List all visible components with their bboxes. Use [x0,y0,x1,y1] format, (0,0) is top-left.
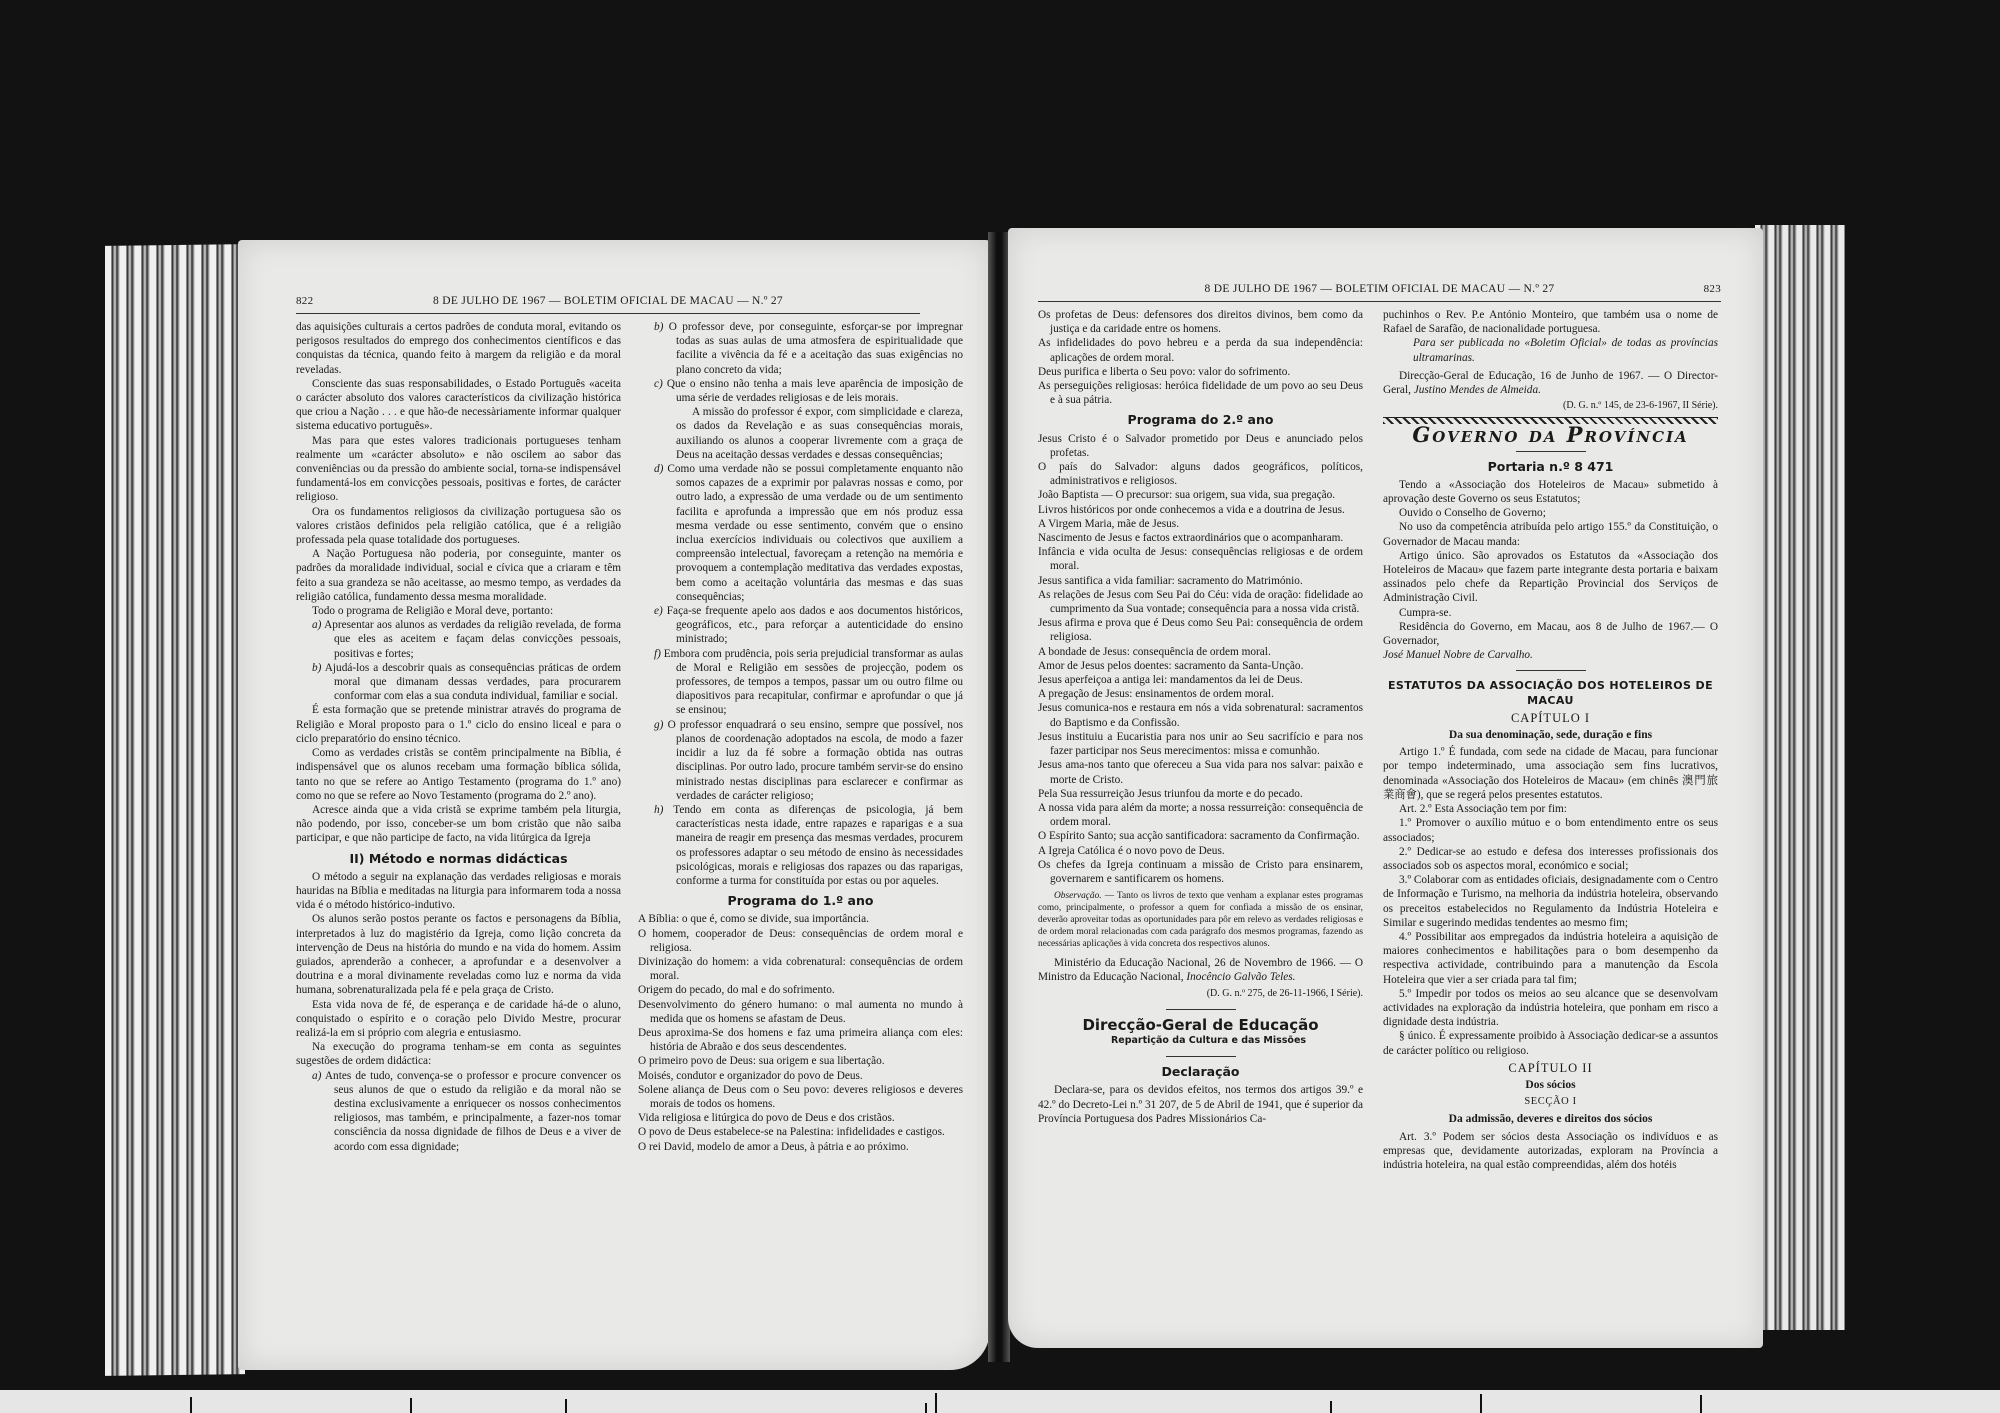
paragraph: Todo o programa de Religião e Moral deve… [296,604,621,618]
paragraph: Ouvido o Conselho de Governo; [1383,506,1718,520]
divider [1166,1056,1236,1057]
article: Artigo 1.º É fundada, com sede na cidade… [1383,745,1718,802]
program-item: Jesus santifica a vida familiar: sacrame… [1038,574,1363,588]
divider [1166,1009,1236,1010]
paragraph: No uso da competência atribuída pelo art… [1383,520,1718,548]
list-item: c) Que o ensino não tenha a mais leve ap… [638,377,963,405]
program-item: A Igreja Católica é o novo povo de Deus. [1038,844,1363,858]
running-head-right: 8 DE JULHO DE 1967 — BOLETIM OFICIAL DE … [1038,283,1721,302]
paragraph: Art. 3.º Podem ser sócios desta Associaç… [1383,1130,1718,1173]
program-item: Os profetas de Deus: defensores dos dire… [1038,308,1363,336]
article: Art. 2.º Esta Associação tem por fim: [1383,802,1718,816]
paragraph: Tendo a «Associação dos Hoteleiros de Ma… [1383,478,1718,506]
program-item: Livros históricos por onde conhecemos a … [1038,503,1363,517]
book-edge-left [105,244,245,1376]
paragraph: Na execução do programa tenham-se em con… [296,1040,621,1068]
divider [1516,670,1586,671]
divider [1516,451,1586,452]
paragraph: Artigo único. São aprovados os Estatutos… [1383,549,1718,606]
program-item: Deus purifica e liberta o Seu povo: valo… [1038,365,1363,379]
paragraph: das aquisições culturais a certos padrõe… [296,320,621,377]
program-item: Deus aproxima-Se dos homens e faz uma pr… [638,1026,963,1054]
scan-artifact [1330,1401,1332,1413]
program-item: Infância e vida oculta de Jesus: consequ… [1038,545,1363,573]
paragraph: Esta vida nova de fé, de esperança e de … [296,998,621,1041]
program-item: Nascimento de Jesus e factos extraordiná… [1038,531,1363,545]
program-item: O homem, cooperador de Deus: consequênci… [638,927,963,955]
program-item: Jesus instituiu a Eucaristia para nos un… [1038,730,1363,758]
program-item: Amor de Jesus pelos doentes: sacramento … [1038,659,1363,673]
program-item: A pregação de Jesus: ensinamentos de ord… [1038,687,1363,701]
chapter-heading: CAPÍTULO II [1383,1061,1718,1075]
program-list: Os profetas de Deus: defensores dos dire… [1038,308,1363,407]
list-item: b) Ajudá-los a descobrir quais as conseq… [296,661,621,704]
right-column-1: Os profetas de Deus: defensores dos dire… [1038,308,1363,1126]
program-item: Pela Sua ressurreição Jesus triunfou da … [1038,787,1363,801]
scan-artifact [1480,1394,1482,1413]
paragraph: A missão do professor é expor, com simpl… [638,405,963,462]
program-item: O Espírito Santo; sua acção santificador… [1038,829,1363,843]
scan-artifact [935,1393,937,1413]
scan-artifact [410,1398,412,1413]
scan-artifact [565,1399,567,1413]
program-item: O primeiro povo de Deus: sua origem e su… [638,1054,963,1068]
book-gutter [988,232,1010,1362]
program-item: A Bíblia: o que é, como se divide, sua i… [638,912,963,926]
paragraph: Mas para que estes valores tradicionais … [296,434,621,505]
right-page: 8 DE JULHO DE 1967 — BOLETIM OFICIAL DE … [1008,228,1763,1348]
program-item: Vida religiosa e litúrgica do povo de De… [638,1111,963,1125]
article: 3.º Colaborar com as entidades oficiais,… [1383,873,1718,930]
portaria-body: Tendo a «Associação dos Hoteleiros de Ma… [1383,478,1718,648]
chapter-title: Da sua denominação, sede, duração e fins [1383,728,1718,742]
program-item: A Virgem Maria, mãe de Jesus. [1038,517,1363,531]
program-list: A Bíblia: o que é, como se divide, sua i… [638,912,963,1153]
paragraph: É esta formação que se pretende ministra… [296,703,621,746]
right-column-2: puchinhos o Rev. P.e António Monteiro, q… [1383,308,1718,1172]
section-heading: Programa do 2.º ano [1038,413,1363,427]
paragraph: A Nação Portuguesa não poderia, por cons… [296,547,621,604]
program-item: Os chefes da Igreja continuam a missão d… [1038,858,1363,886]
list-item: g) O professor enquadrará o seu ensino, … [638,718,963,803]
program-item: Jesus aperfeiçoa a antiga lei: mandament… [1038,673,1363,687]
department-subheading: Repartição da Cultura e das Missões [1038,1034,1363,1048]
section-heading: II) Método e normas didácticas [296,852,621,866]
program-item: Jesus comunica-nos e restaura em nós a v… [1038,701,1363,729]
program-item: Divinização do homem: a vida cobrenatura… [638,955,963,983]
running-title-left: 8 DE JULHO DE 1967 — BOLETIM OFICIAL DE … [296,295,920,307]
signoff: Ministério da Educação Nacional, 26 de N… [1038,956,1363,984]
paragraph: Os alunos serão postos perante os factos… [296,912,621,997]
paragraph: O método a seguir na explanação das verd… [296,870,621,913]
running-head-left: 822 8 DE JULHO DE 1967 — BOLETIM OFICIAL… [296,295,920,314]
portaria-heading: Portaria n.º 8 471 [1383,460,1718,474]
program-item: As infidelidades do povo hebreu e a perd… [1038,336,1363,364]
paragraph: Como as verdades cristãs se contêm princ… [296,746,621,803]
list-item: d) Como uma verdade não se possui comple… [638,462,963,604]
program-item: O rei David, modelo de amor a Deus, à pá… [638,1140,963,1154]
section-banner: Governo da Província [1383,428,1718,442]
section-label: SECÇÃO I [1383,1095,1718,1109]
article: 5.º Impedir por todos os meios ao seu al… [1383,987,1718,1030]
program-item: Jesus afirma e prova que é Deus como Seu… [1038,616,1363,644]
book-edge-right [1755,225,1845,1330]
program-item: Desenvolvimento do género humano: o mal … [638,998,963,1026]
articles-list: Artigo 1.º É fundada, com sede na cidade… [1383,745,1718,1057]
program-item: Solene aliança de Deus com o Seu povo: d… [638,1083,963,1111]
list-item: h) Tendo em conta as diferenças de psico… [638,803,963,888]
paragraph: Cumpra-se. [1383,606,1718,620]
list-item: a) Apresentar aos alunos as verdades da … [296,618,621,661]
section-heading: Programa do 1.º ano [638,894,963,908]
program-item: A bondade de Jesus: consequência de orde… [1038,645,1363,659]
article: 1.º Promover o auxílio mútuo e o bom ent… [1383,816,1718,844]
chapter-heading: CAPÍTULO I [1383,711,1718,725]
program-item: O país do Salvador: alguns dados geográf… [1038,460,1363,488]
left-column-1: das aquisições culturais a certos padrõe… [296,320,621,1154]
list-item: b) O professor deve, por conseguinte, es… [638,320,963,377]
left-page: 822 8 DE JULHO DE 1967 — BOLETIM OFICIAL… [238,240,990,1370]
article: 4.º Possibilitar aos empregados da indús… [1383,930,1718,987]
paragraph: Ora os fundamentos religiosos da civiliz… [296,505,621,548]
paragraph: Acresce ainda que a vida cristã se expri… [296,803,621,846]
paragraph: Consciente das suas responsabilidades, o… [296,377,621,434]
program-item: João Baptista — O precursor: sua origem,… [1038,488,1363,502]
program-list: Jesus Cristo é o Salvador prometido por … [1038,432,1363,887]
program-item: Jesus ama-nos tanto que ofereceu a Sua v… [1038,758,1363,786]
publish-note: Para ser publicada no «Boletim Oficial» … [1383,336,1718,364]
department-heading: Direcção-Geral de Educação [1038,1018,1363,1032]
list-item: e) Faça-se frequente apelo aos dados e a… [638,604,963,647]
section-title: Da admissão, deveres e direitos dos sóci… [1383,1112,1718,1126]
observation-note: Observação. — Tanto os livros de texto q… [1038,890,1363,950]
scan-artifact [925,1403,927,1413]
program-item: Jesus Cristo é o Salvador prometido por … [1038,432,1363,460]
paragraph: puchinhos o Rev. P.e António Monteiro, q… [1383,308,1718,336]
article: 2.º Dedicar-se ao estudo e defesa dos in… [1383,845,1718,873]
governor-name: José Manuel Nobre de Carvalho. [1383,648,1718,662]
program-item: As perseguições religiosas: heróica fide… [1038,379,1363,407]
chapter-title: Dos sócios [1383,1078,1718,1092]
program-item: A nossa vida para além da morte; a nossa… [1038,801,1363,829]
section-heading: Declaração [1038,1065,1363,1079]
citation: (D. G. n.º 275, de 26-11-1966, I Série). [1038,987,1363,1001]
page-number-right: 823 [1704,283,1721,295]
citation: (D. G. n.º 145, de 23-6-1967, II Série). [1383,399,1718,413]
scan-artifact [1700,1395,1702,1413]
scan-artifact [190,1397,192,1413]
list-item: a) Antes de tudo, convença-se o professo… [296,1069,621,1154]
scanner-bottom-strip [0,1390,2000,1413]
program-item: Moisés, condutor e organizador do povo d… [638,1069,963,1083]
running-title-right: 8 DE JULHO DE 1967 — BOLETIM OFICIAL DE … [1038,283,1721,295]
paragraph: Residência do Governo, em Macau, aos 8 d… [1383,620,1718,648]
program-item: Origem do pecado, do mal e do sofrimento… [638,983,963,997]
signoff: Direcção-Geral de Educação, 16 de Junho … [1383,369,1718,397]
program-item: As relações de Jesus com Seu Pai do Céu:… [1038,588,1363,616]
statutes-title: ESTATUTOS DA ASSOCIAÇÃO DOS HOTELEIROS D… [1383,679,1718,707]
list-item: f) Embora com prudência, pois seria prej… [638,647,963,718]
program-item: O povo de Deus estabelece-se na Palestin… [638,1125,963,1139]
left-column-2: b) O professor deve, por conseguinte, es… [638,320,963,1154]
paragraph: Declara-se, para os devidos efeitos, nos… [1038,1083,1363,1126]
article: § único. É expressamente proibido à Asso… [1383,1029,1718,1057]
